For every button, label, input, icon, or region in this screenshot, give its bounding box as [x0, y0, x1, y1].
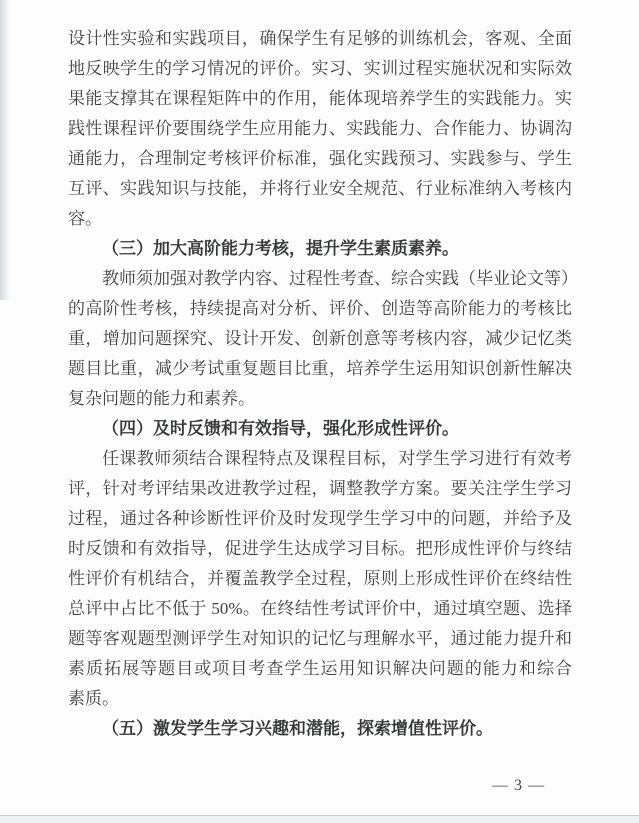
scan-edge-shadow [0, 0, 12, 300]
text-line: 题等客观题型测评学生对知识的记忆与理解水平，通过能力提升和 [68, 624, 572, 654]
text-line: 复杂问题的能力和素养。 [68, 384, 572, 414]
text-line: 素质。 [68, 684, 572, 714]
text-line: 素质拓展等题目或项目考查学生运用知识解决问题的能力和综合 [68, 654, 572, 684]
text-line: 任课教师须结合课程特点及课程目标，对学生学习进行有效考 [68, 444, 572, 474]
text-line: 容。 [68, 204, 572, 234]
text-line: 教师须加强对教学内容、过程性考查、综合实践（毕业论文等） [68, 264, 572, 294]
page-number: — 3 — [492, 775, 545, 797]
text-line: 时反馈和有效指导，促进学生达成学习目标。把形成性评价与终结 [68, 534, 572, 564]
text-line: 践性课程评价要围绕学生应用能力、实践能力、合作能力、协调沟 [68, 114, 572, 144]
text-line: 重，增加问题探究、设计开发、创新创意等考核内容，减少记忆类 [68, 324, 572, 354]
text-line: 互评、实践知识与技能，并将行业安全规范、行业标准纳入考核内 [68, 174, 572, 204]
text-line: 题目比重，减少考试重复题目比重，培养学生运用知识创新性解决 [68, 354, 572, 384]
document-body: 设计性实验和实践项目，确保学生有足够的训练机会，客观、全面地反映学生的学习情况的… [68, 24, 572, 744]
text-line: 总评中占比不低于 50%。在终结性考试评价中，通过填空题、选择 [68, 594, 572, 624]
text-line: 性评价有机结合，并覆盖教学全过程，原则上形成性评价在终结性 [68, 564, 572, 594]
text-line: 通能力，合理制定考核评价标准，强化实践预习、实践参与、学生 [68, 144, 572, 174]
text-line: 地反映学生的学习情况的评价。实习、实训过程实施状况和实际效 [68, 54, 572, 84]
section-heading: （五）激发学生学习兴趣和潜能，探索增值性评价。 [68, 714, 572, 744]
section-heading: （三）加大高阶能力考核，提升学生素质素养。 [68, 234, 572, 264]
scan-bottom-edge [0, 815, 639, 823]
text-line: 果能支撑其在课程矩阵中的作用，能体现培养学生的实践能力。实 [68, 84, 572, 114]
document-page: 设计性实验和实践项目，确保学生有足够的训练机会，客观、全面地反映学生的学习情况的… [0, 0, 639, 823]
text-line: 过程，通过各种诊断性评价及时发现学生学习中的问题，并给予及 [68, 504, 572, 534]
text-line: 评，针对考评结果改进教学过程，调整教学方案。要关注学生学习 [68, 474, 572, 504]
text-line: 的高阶性考核，持续提高对分析、评价、创造等高阶能力的考核比 [68, 294, 572, 324]
section-heading: （四）及时反馈和有效指导，强化形成性评价。 [68, 414, 572, 444]
text-line: 设计性实验和实践项目，确保学生有足够的训练机会，客观、全面 [68, 24, 572, 54]
